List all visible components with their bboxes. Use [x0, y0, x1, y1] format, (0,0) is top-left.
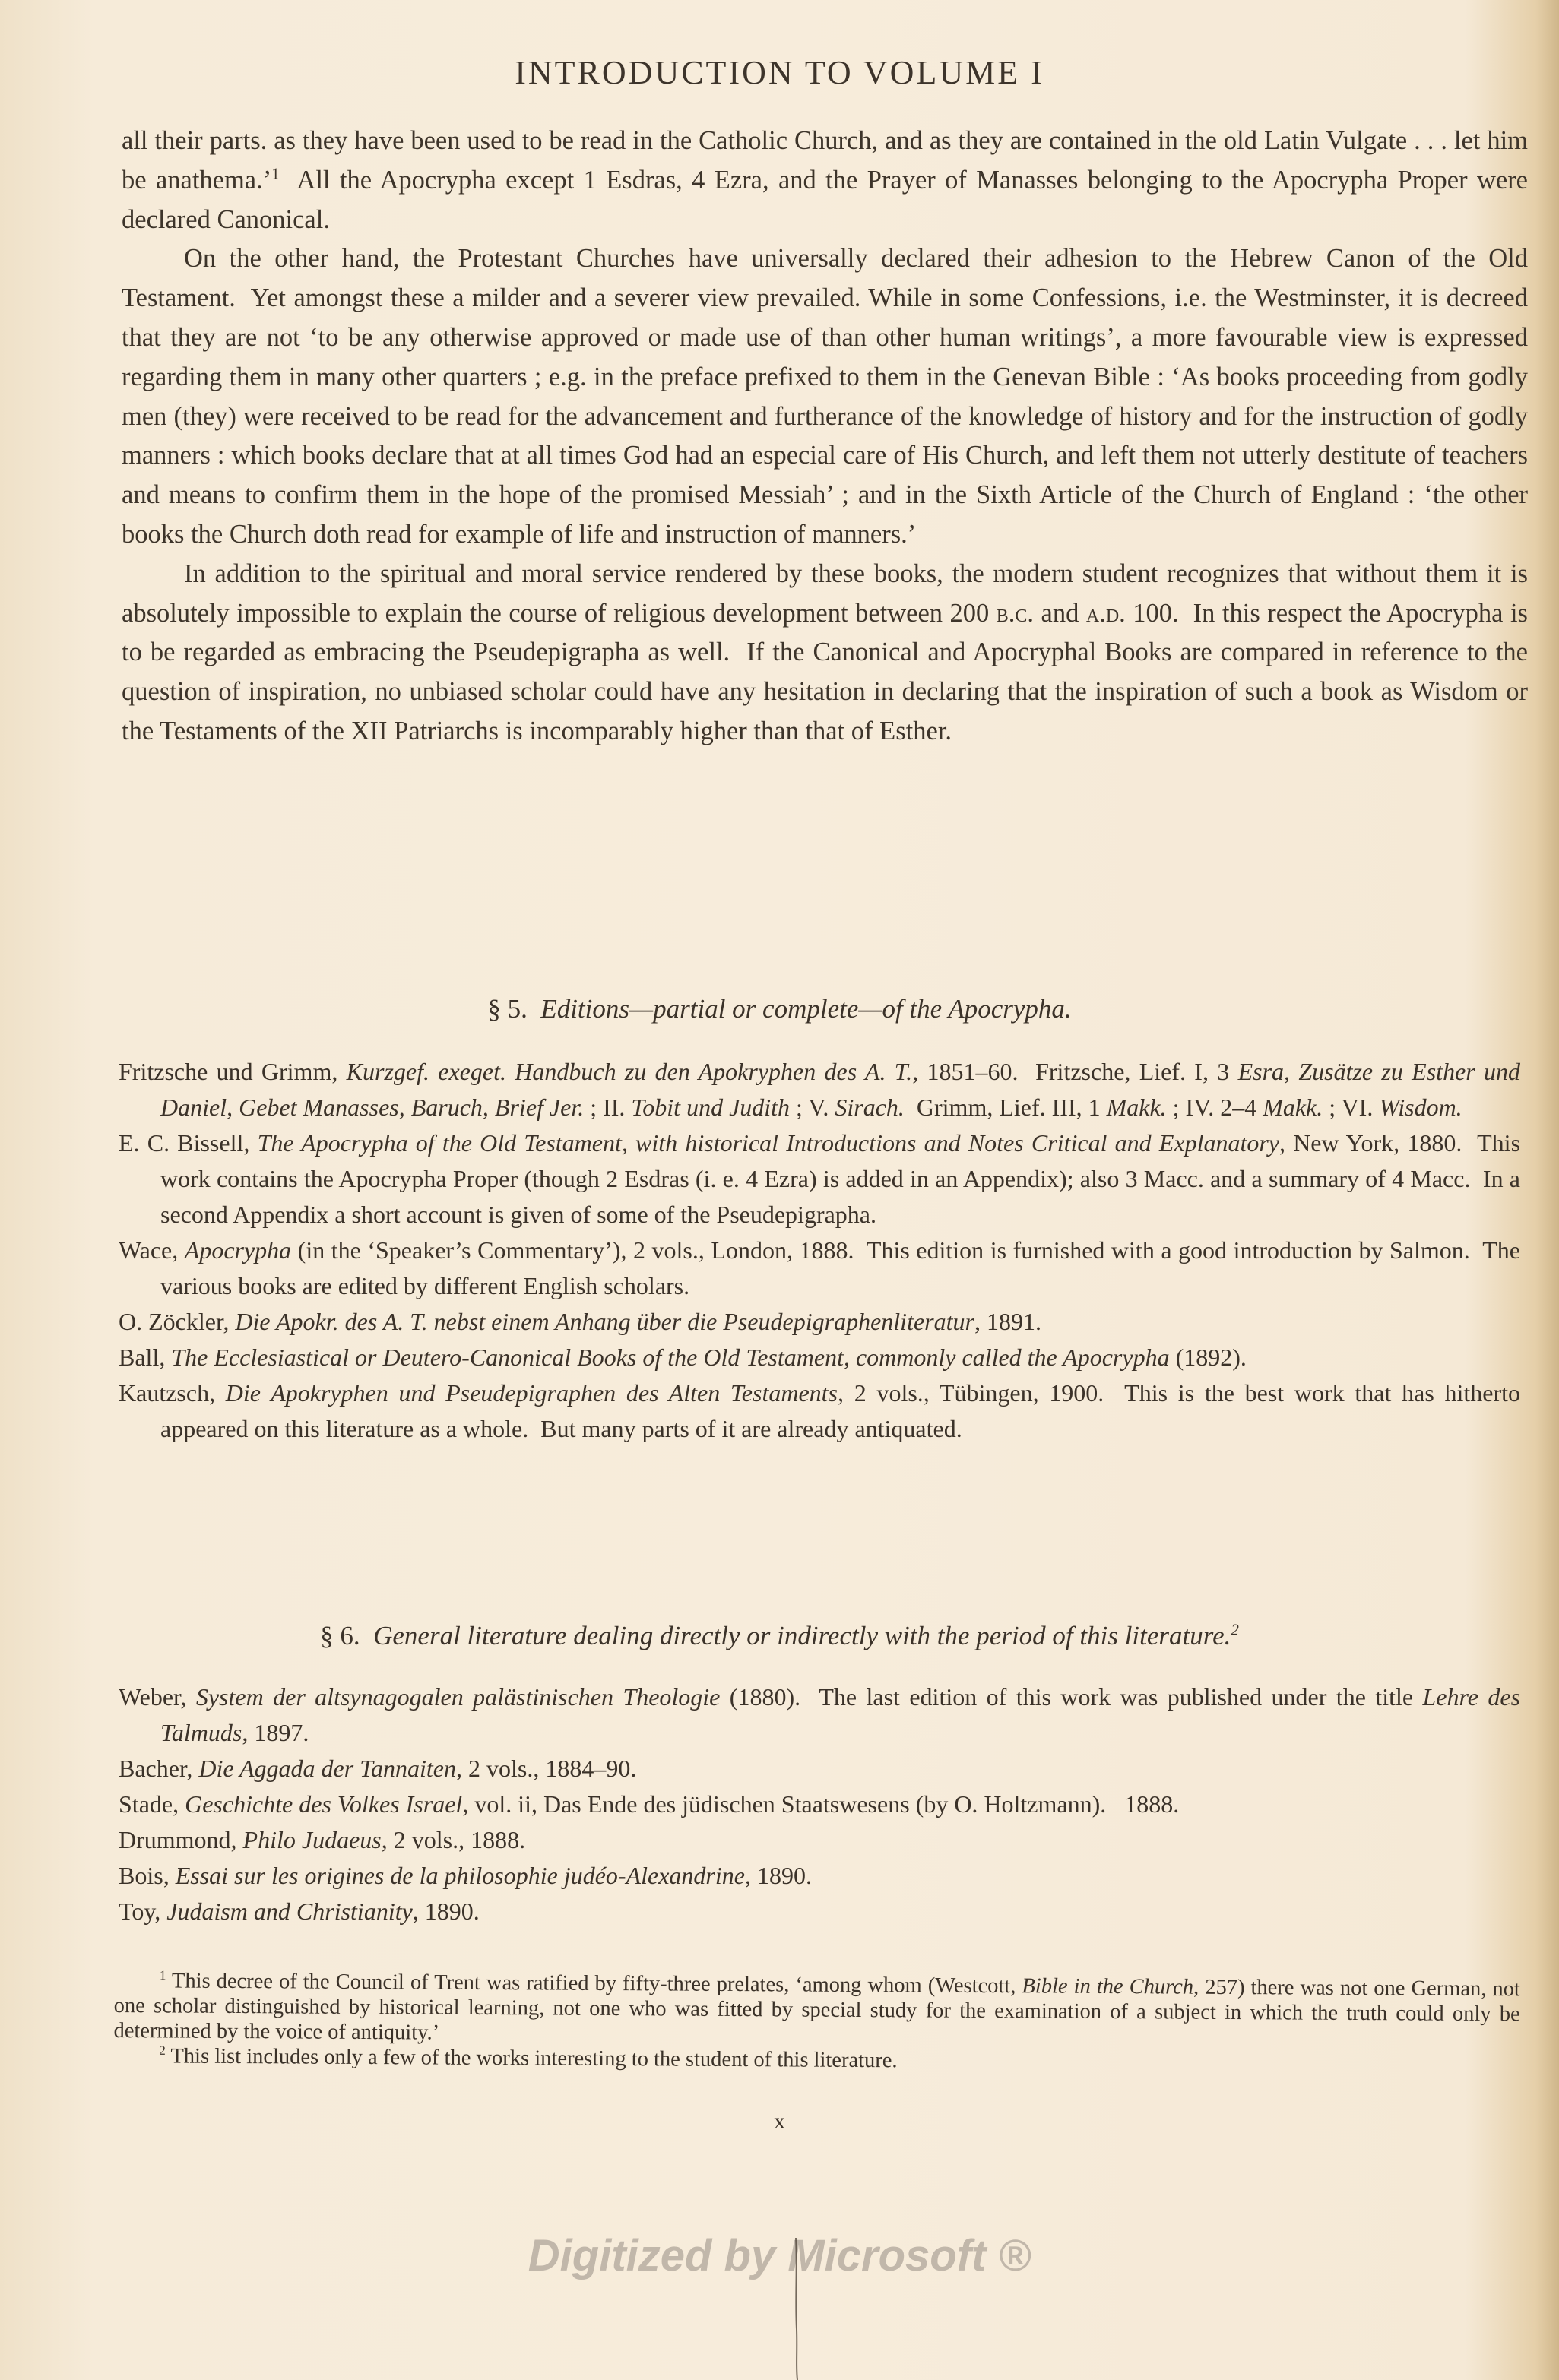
section-6-number: § 6. [320, 1621, 360, 1650]
bibliography-entry: Stade, Geschichte des Volkes Israel, vol… [119, 1787, 1520, 1822]
bibliography-entry: Bacher, Die Aggada der Tannaiten, 2 vols… [119, 1751, 1520, 1787]
footnote-marker: 2 [1231, 1620, 1239, 1638]
bibliography-entry: Wace, Apocrypha (in the ‘Speaker’s Comme… [119, 1233, 1520, 1304]
paragraph-3: In addition to the spiritual and moral s… [122, 555, 1528, 752]
section-5-heading: § 5. Editions—partial or complete—of the… [0, 994, 1559, 1024]
section-5-title: Editions—partial or complete—of the Apoc… [540, 994, 1071, 1024]
bibliography-entry: Kautzsch, Die Apokryphen und Pseudepigra… [119, 1375, 1520, 1447]
running-head: INTRODUCTION TO VOLUME I [0, 53, 1559, 92]
section-5-number: § 5. [487, 994, 528, 1024]
footnotes: 1 This decree of the Council of Trent wa… [113, 1968, 1520, 2077]
section-6-heading: § 6. General literature dealing directly… [0, 1621, 1559, 1651]
bibliography-entry: Weber, System der altsynagogalen palästi… [119, 1679, 1520, 1751]
bibliography-entry: O. Zöckler, Die Apokr. des A. T. nebst e… [119, 1304, 1520, 1340]
book-page: INTRODUCTION TO VOLUME I all their parts… [0, 0, 1559, 2380]
page-number: x [0, 2109, 1559, 2135]
bibliography-entry: Toy, Judaism and Christianity, 1890. [119, 1894, 1520, 1929]
digitized-watermark: Digitized by Microsoft ® [0, 2230, 1559, 2281]
section-6-title: General literature dealing directly or i… [373, 1621, 1231, 1650]
section-6-bibliography: Weber, System der altsynagogalen palästi… [119, 1679, 1520, 1929]
paragraph-1: all their parts. as they have been used … [122, 122, 1528, 239]
bibliography-entry: Bois, Essai sur les origines de la philo… [119, 1858, 1520, 1894]
section-5-bibliography: Fritzsche und Grimm, Kurzgef. exeget. Ha… [119, 1054, 1520, 1447]
bibliography-entry: Ball, The Ecclesiastical or Deutero-Cano… [119, 1340, 1520, 1375]
footnote-1: 1 This decree of the Council of Trent wa… [113, 1968, 1520, 2052]
paragraph-2: On the other hand, the Protestant Church… [122, 239, 1528, 554]
bibliography-entry: Drummond, Philo Judaeus, 2 vols., 1888. [119, 1822, 1520, 1858]
paper-crease-icon [794, 2238, 799, 2380]
body-text: all their parts. as they have been used … [122, 122, 1528, 752]
bibliography-entry: E. C. Bissell, The Apocrypha of the Old … [119, 1125, 1520, 1233]
bibliography-entry: Fritzsche und Grimm, Kurzgef. exeget. Ha… [119, 1054, 1520, 1125]
